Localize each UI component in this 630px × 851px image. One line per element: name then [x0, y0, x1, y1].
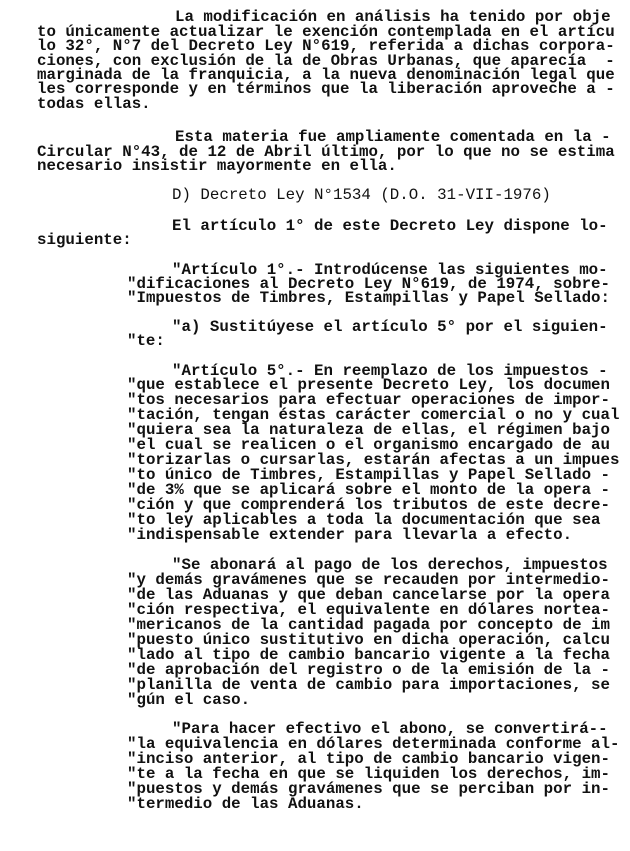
paragraph-3-line-2: siguiente:	[37, 233, 132, 248]
paragraph-3-line-1: El artículo 1° de este Decreto Ley dispo…	[172, 219, 608, 234]
quote-1-line-3: "Impuestos de Timbres, Estampillas y Pap…	[127, 291, 610, 306]
typewritten-page: La modificación en análisis ha tenido po…	[0, 0, 630, 851]
section-heading-d: D) Decreto Ley N°1534 (D.O. 31-VII-1976)	[172, 188, 551, 203]
paragraph-1-line-7: todas ellas.	[37, 97, 151, 112]
quote-2-line-1: "a) Sustitúyese el artículo 5° por el si…	[172, 320, 608, 335]
quote-5-line-6: "termedio de las Aduanas.	[127, 797, 364, 812]
paragraph-2-line-3: necesario insistir mayormente en ella.	[37, 159, 397, 174]
quote-2-line-2: "te:	[127, 334, 165, 349]
quote-4-line-10: "gún el caso.	[127, 693, 250, 708]
quote-3-line-12: "indispensable extender para llevarla a …	[127, 528, 572, 543]
